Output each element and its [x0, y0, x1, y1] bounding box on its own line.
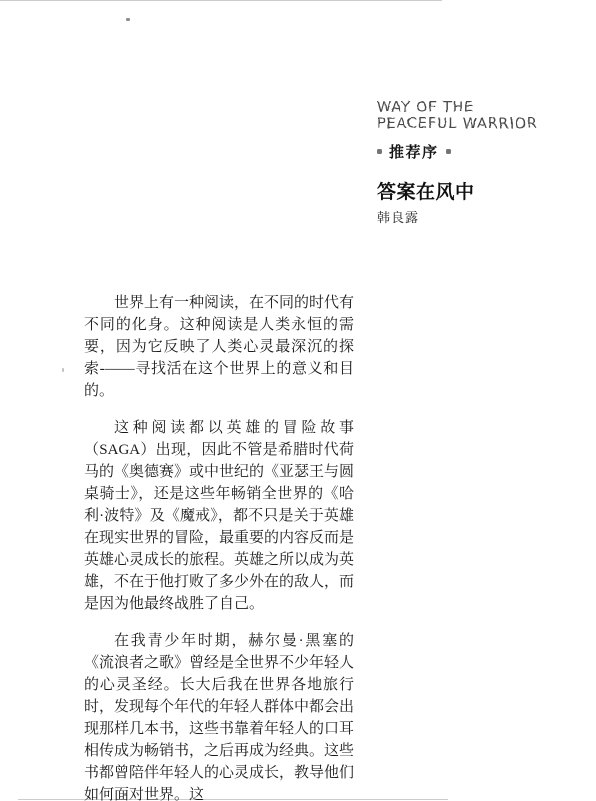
body-text: 世界上有一种阅读，在不同的时代有不同的化身。这种阅读是人类永恒的需要，因为它反映…	[84, 292, 354, 801]
scan-speck	[62, 368, 64, 372]
section-bullet-icon	[377, 149, 382, 154]
section-label-row: 推荐序	[377, 141, 538, 162]
book-page: WAY OF THE PEACEFUL WARRIOR 推荐序 答案在风中 韩良…	[0, 0, 596, 801]
author-name: 韩良露	[377, 211, 538, 225]
paragraph-1: 世界上有一种阅读，在不同的时代有不同的化身。这种阅读是人类永恒的需要，因为它反映…	[84, 292, 354, 402]
paragraph-3: 在我青少年时期，赫尔曼·黑塞的《流浪者之歌》曾经是全世界不少年轻人的心灵圣经。长…	[84, 630, 354, 801]
logo-line-2: PEACEFUL WARRIOR	[377, 116, 538, 132]
scan-edge-top	[0, 0, 442, 1]
section-bullet-icon	[446, 149, 451, 154]
scan-speck	[126, 18, 130, 21]
paragraph-2: 这种阅读都以英雄的冒险故事（SAGA）出现，因此不管是希腊时代荷马的《奥德赛》或…	[84, 417, 354, 615]
logo-line-1: WAY OF THE	[377, 100, 538, 116]
section-label: 推荐序	[389, 141, 439, 162]
book-series-logo: WAY OF THE PEACEFUL WARRIOR	[377, 100, 538, 133]
page-header: WAY OF THE PEACEFUL WARRIOR 推荐序 答案在风中 韩良…	[377, 100, 538, 225]
page-title: 答案在风中	[377, 182, 538, 204]
